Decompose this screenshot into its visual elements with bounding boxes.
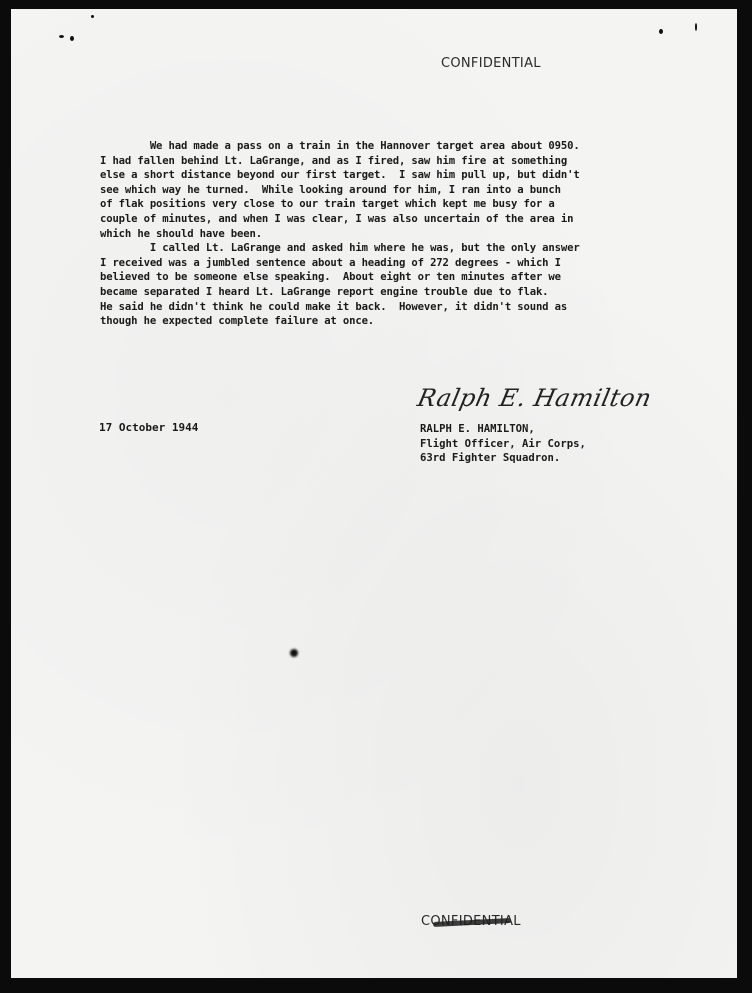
body-line: I received was a jumbled sentence about … bbox=[100, 256, 700, 271]
body-line: which he should have been. bbox=[100, 227, 700, 242]
report-body: We had made a pass on a train in the Han… bbox=[100, 139, 700, 329]
body-line: He said he didn't think he could make it… bbox=[100, 300, 700, 315]
ink-speck bbox=[659, 29, 663, 34]
body-line: We had made a pass on a train in the Han… bbox=[100, 139, 700, 154]
body-line: though he expected complete failure at o… bbox=[100, 314, 700, 329]
ink-speck bbox=[290, 649, 298, 657]
signatory-unit: 63rd Fighter Squadron. bbox=[420, 451, 586, 466]
body-line: believed to be someone else speaking. Ab… bbox=[100, 270, 700, 285]
report-date: 17 October 1944 bbox=[99, 421, 198, 434]
ink-speck bbox=[70, 36, 74, 41]
body-line: I had fallen behind Lt. LaGrange, and as… bbox=[100, 154, 700, 169]
body-line: couple of minutes, and when I was clear,… bbox=[100, 212, 700, 227]
body-line: I called Lt. LaGrange and asked him wher… bbox=[100, 241, 700, 256]
ink-speck bbox=[59, 35, 64, 38]
body-line: became separated I heard Lt. LaGrange re… bbox=[100, 285, 700, 300]
signatory-name: RALPH E. HAMILTON, bbox=[420, 422, 586, 437]
body-line: see which way he turned. While looking a… bbox=[100, 183, 700, 198]
ink-speck bbox=[91, 15, 94, 18]
handwritten-signature: Ralph E. Hamilton bbox=[415, 384, 654, 412]
body-line: else a short distance beyond our first t… bbox=[100, 168, 700, 183]
ink-speck bbox=[695, 23, 697, 31]
confidential-stamp-header: CONFIDENTIAL bbox=[441, 56, 541, 71]
body-line: of flak positions very close to our trai… bbox=[100, 197, 700, 212]
signature-block: RALPH E. HAMILTON, Flight Officer, Air C… bbox=[420, 422, 586, 466]
signatory-rank: Flight Officer, Air Corps, bbox=[420, 437, 586, 452]
